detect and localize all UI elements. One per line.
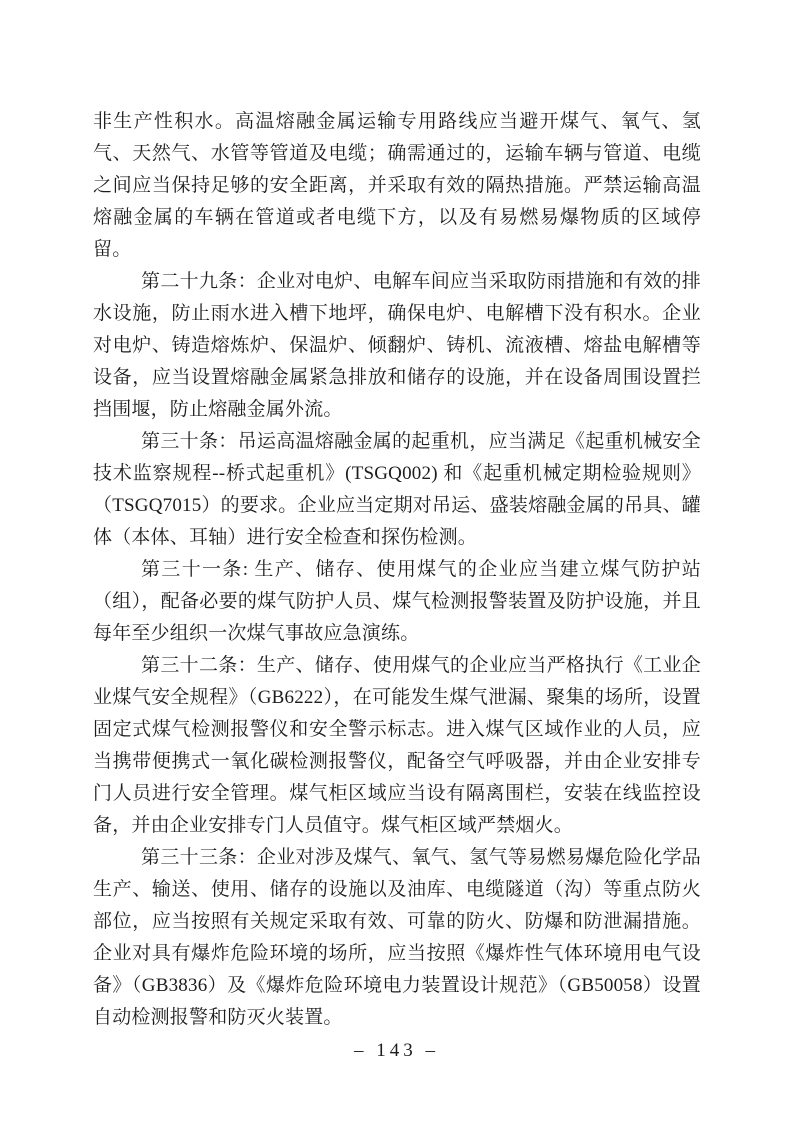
document-page: 非生产性积水。高温熔融金属运输专用路线应当避开煤气、氧气、氢气、天然气、水管等管… [0, 0, 793, 1122]
paragraph-article-31: 第三十一条: 生产、储存、使用煤气的企业应当建立煤气防护站（组），配备必要的煤气… [93, 554, 701, 650]
page-footer: – 143 – [0, 1040, 793, 1062]
paragraph-article-30: 第三十条：吊运高温熔融金属的起重机，应当满足《起重机械安全技术监察规程--桥式起… [93, 426, 701, 554]
page-number: – 143 – [354, 1040, 439, 1061]
paragraph-continuation: 非生产性积水。高温熔融金属运输专用路线应当避开煤气、氧气、氢气、天然气、水管等管… [93, 106, 701, 266]
paragraph-article-29: 第二十九条：企业对电炉、电解车间应当采取防雨措施和有效的排水设施，防止雨水进入槽… [93, 266, 701, 426]
paragraph-article-33: 第三十三条：企业对涉及煤气、氧气、氢气等易燃易爆危险化学品生产、输送、使用、储存… [93, 842, 701, 1034]
page-body: 非生产性积水。高温熔融金属运输专用路线应当避开煤气、氧气、氢气、天然气、水管等管… [93, 106, 701, 1034]
paragraph-article-32: 第三十二条：生产、储存、使用煤气的企业应当严格执行《工业企业煤气安全规程》（GB… [93, 650, 701, 842]
